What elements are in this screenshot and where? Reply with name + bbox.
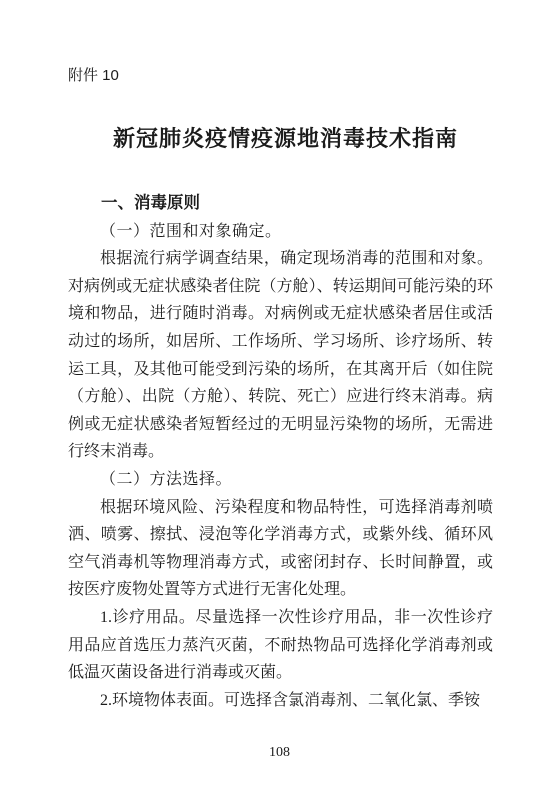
subsection-heading-method-selection: （二）方法选择。 xyxy=(68,466,493,494)
attachment-label: 附件 10 xyxy=(68,66,493,86)
paragraph-method-selection: 根据环境风险、污染程度和物品特性，可选择消毒剂喷洒、喷雾、擦拭、浸泡等化学消毒方… xyxy=(68,494,493,604)
paragraph-item-1-medical-supplies: 1.诊疗用品。尽量选择一次性诊疗用品，非一次性诊疗用品应首选压力蒸汽灭菌，不耐热… xyxy=(68,604,493,687)
paragraph-scope-and-objects: 根据流行病学调查结果，确定现场消毒的范围和对象。对病例或无症状感染者住院（方舱）… xyxy=(68,245,493,466)
page-number: 108 xyxy=(0,745,559,761)
paragraph-item-2-environment-surfaces: 2.环境物体表面。可选择含氯消毒剂、二氧化氯、季铵 xyxy=(68,687,493,715)
document-title: 新冠肺炎疫情疫源地消毒技术指南 xyxy=(68,124,493,154)
subsection-heading-scope-and-objects: （一）范围和对象确定。 xyxy=(68,218,493,246)
section-heading-disinfection-principles: 一、消毒原则 xyxy=(68,190,493,218)
document-page: 附件 10 新冠肺炎疫情疫源地消毒技术指南 一、消毒原则 （一）范围和对象确定。… xyxy=(0,0,559,793)
